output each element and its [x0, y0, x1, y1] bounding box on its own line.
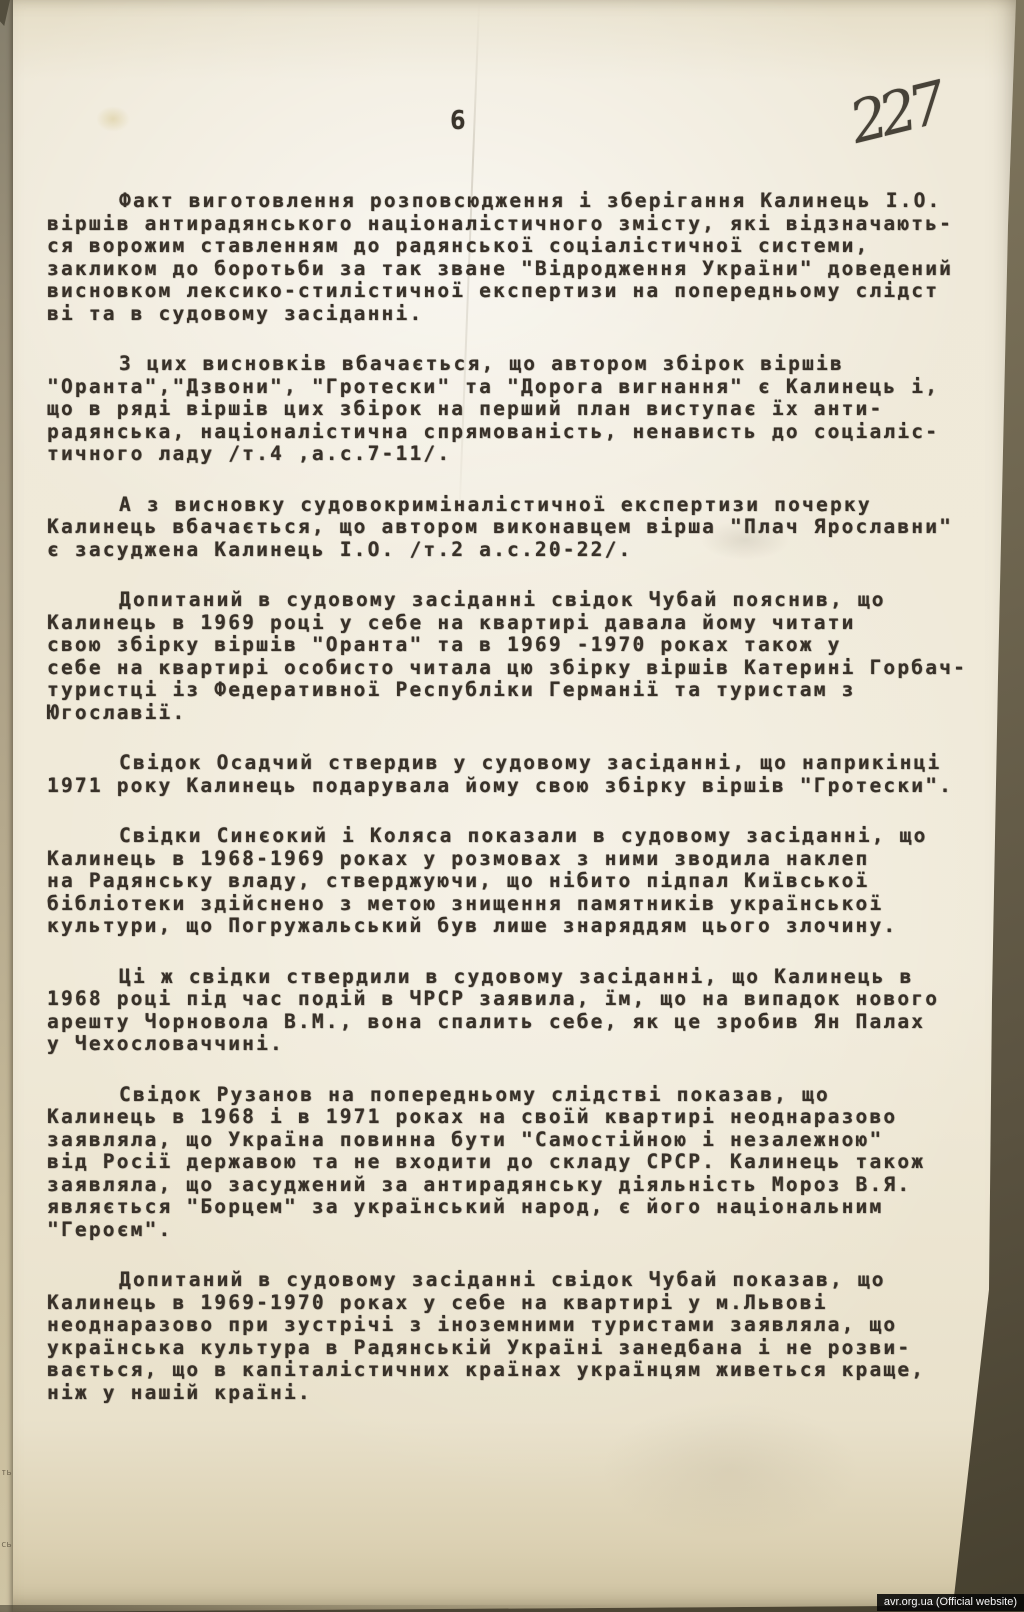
paragraph-expertise-conclusions: З цих висновків вбачається, що автором з…	[47, 353, 1024, 466]
document-body: Факт виготовлення розповсюдження і збері…	[47, 190, 1024, 1432]
paragraph-witnesses-synieokyi-koliasa: Свідки Синєокий і Коляса показали в судо…	[47, 825, 1024, 938]
paragraph-witness-osadchyi: Свідок Осадчий ствердив у судовому засід…	[47, 752, 1024, 797]
edge-text-fragment: ть	[1, 1468, 12, 1478]
underlying-page-edge: ть сь	[0, 0, 13, 1612]
edge-text-fragment: сь	[1, 1540, 12, 1550]
paragraph-witnesses-chrsr-events: Ці ж свідки ствердили в судовому засідан…	[47, 966, 1024, 1056]
paragraph-witness-ruzanov: Свідок Рузанов на попередньому слідстві …	[47, 1084, 1024, 1242]
paragraph-handwriting-expertise: А з висновку судовокриміналістичної експ…	[47, 494, 1024, 562]
paragraph-witness-chubai-showed: Допитаний в судовому засіданні свідок Чу…	[47, 1269, 1024, 1404]
watermark: avr.org.ua (Official website)	[877, 1594, 1024, 1611]
paper-bottom-edge	[0, 1605, 640, 1612]
page-number: 6	[450, 108, 466, 134]
handwritten-folio-number: 227	[845, 74, 946, 152]
paper-stain	[96, 106, 130, 132]
paragraph-witness-chubai-explained: Допитаний в судовому засіданні свідок Чу…	[47, 589, 1024, 724]
paragraph-fact-of-production: Факт виготовлення розповсюдження і збері…	[47, 190, 1024, 325]
scanned-page: 6 227 Факт виготовлення розповсюдження і…	[0, 0, 1024, 1612]
